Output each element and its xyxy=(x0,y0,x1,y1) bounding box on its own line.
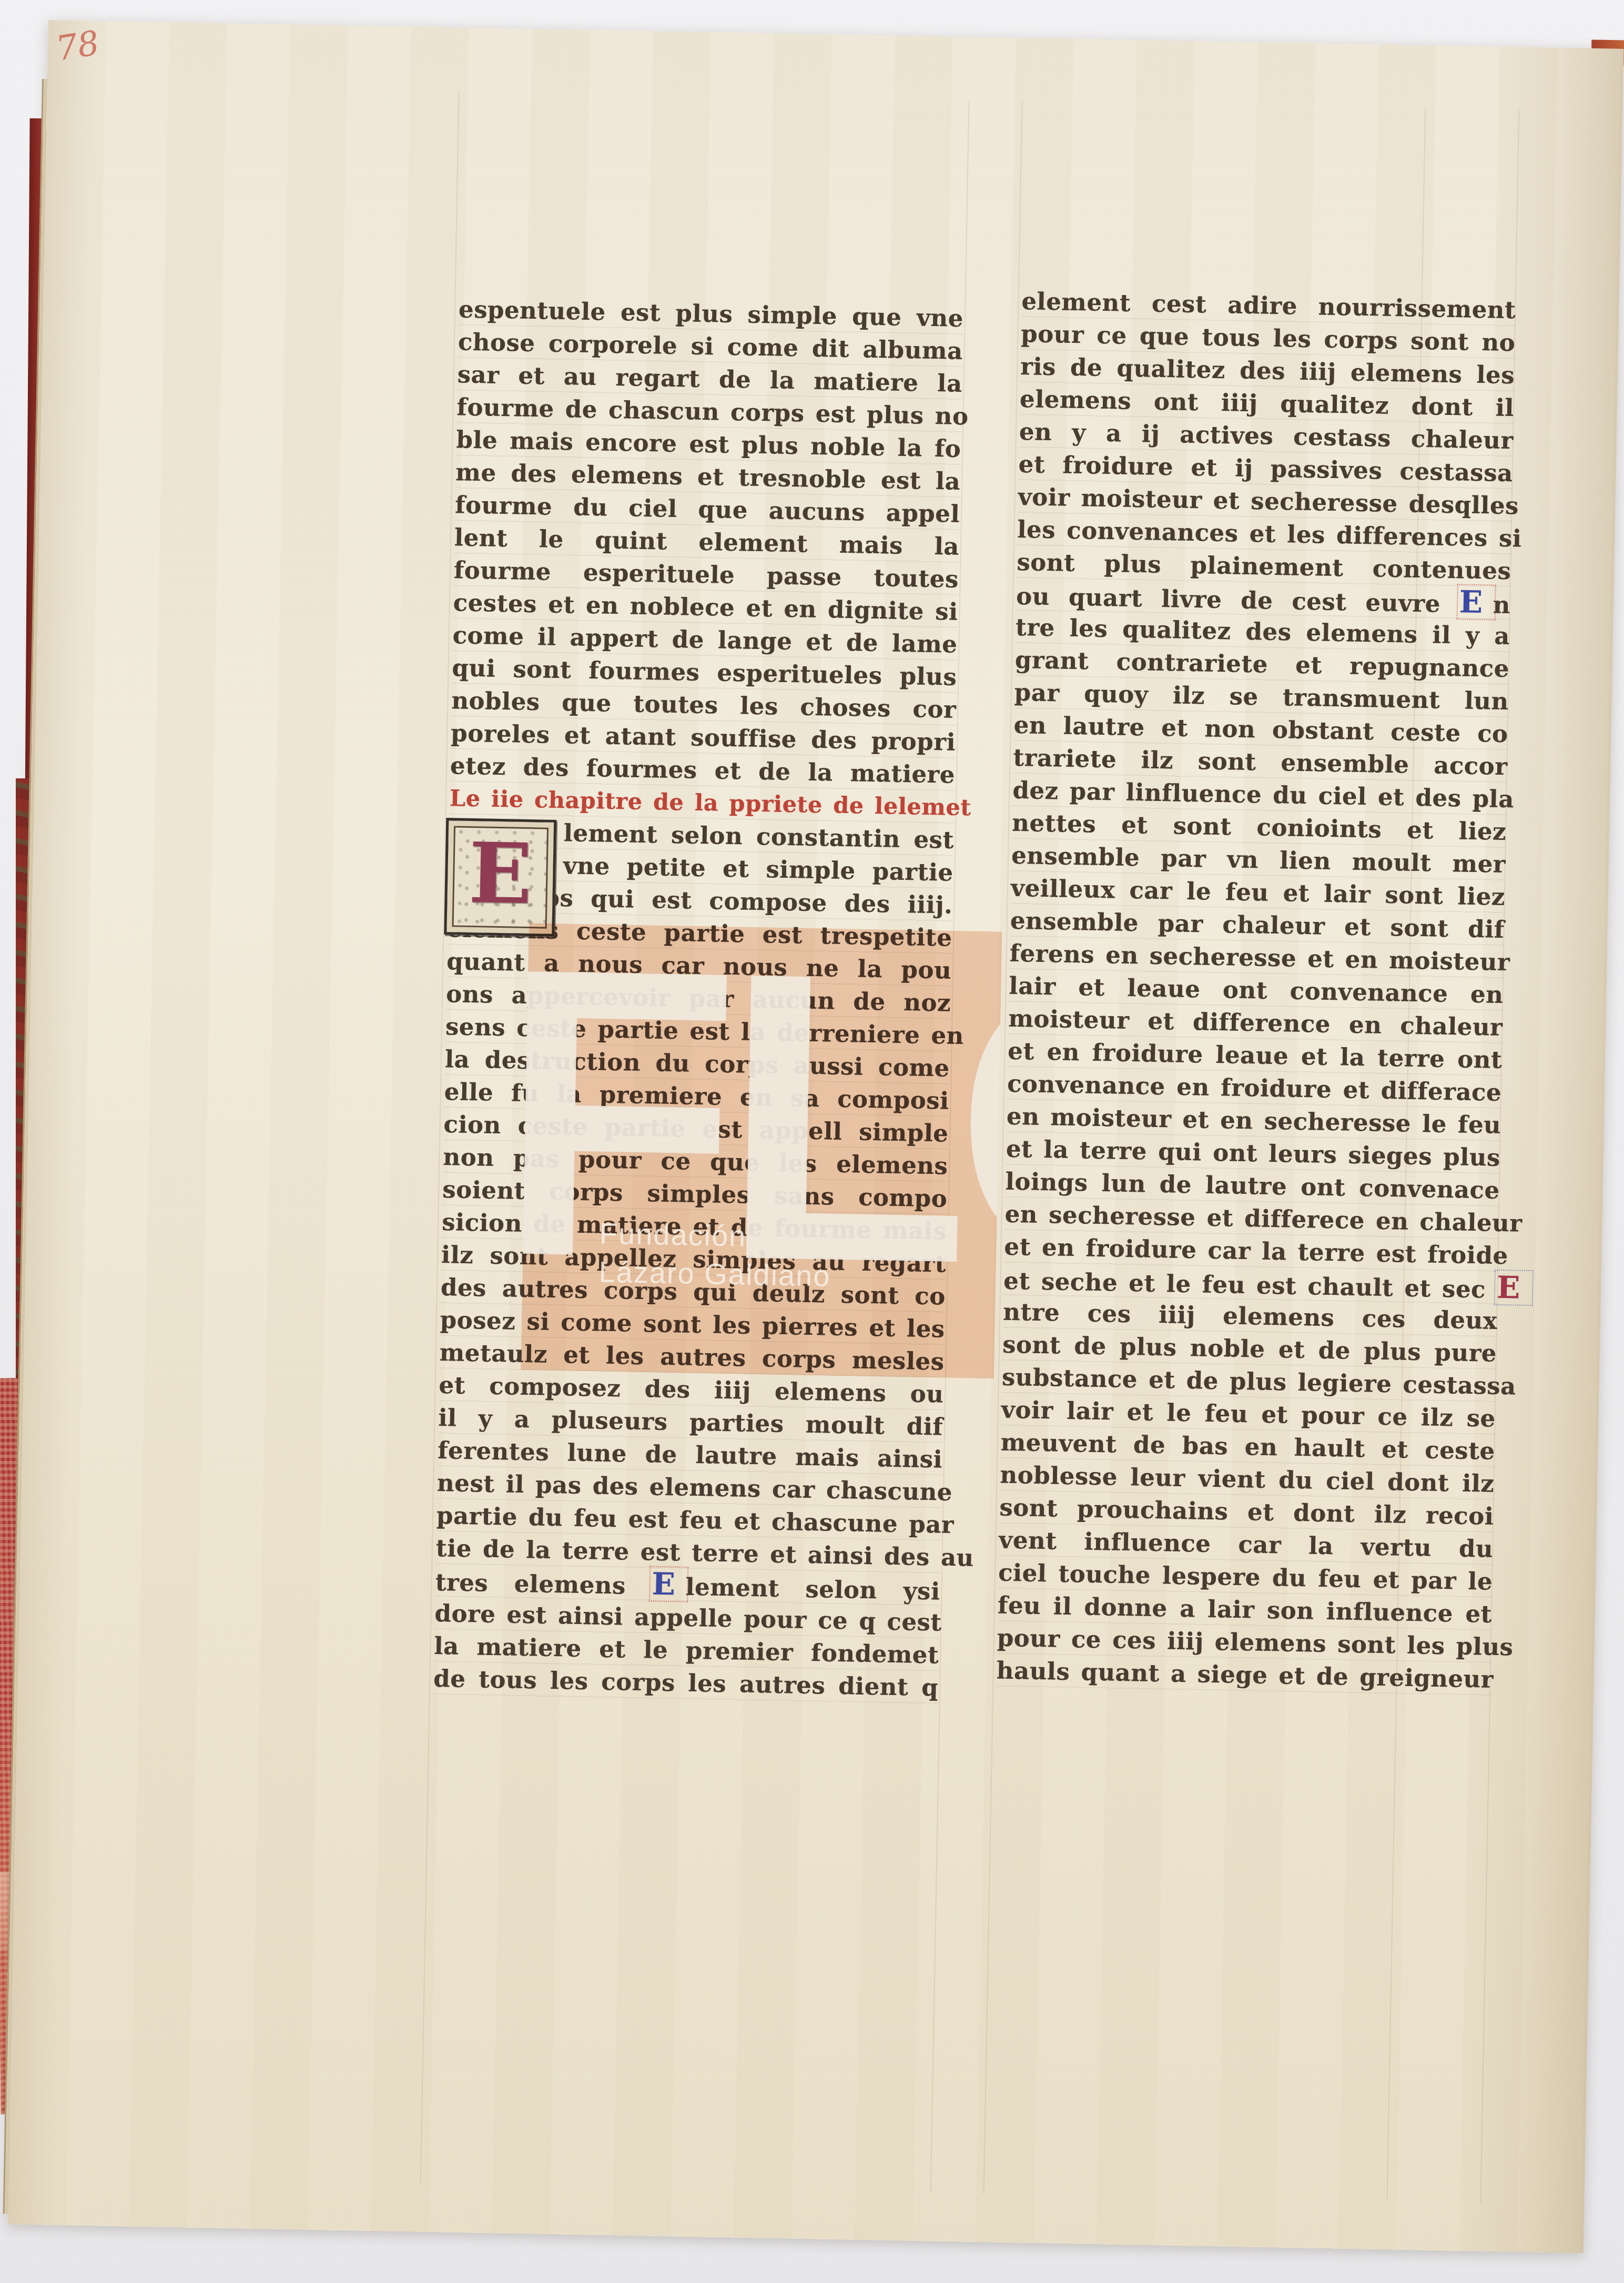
penwork-initial-blue: E xyxy=(1459,586,1493,617)
penwork-initial-red: E xyxy=(1497,1272,1531,1303)
text-column-right: element cest adire nourrissementpour ce … xyxy=(996,285,1516,1696)
folio-number-red-ink: 78 xyxy=(54,24,102,69)
watermark-text-line1: Fundación xyxy=(599,1216,747,1253)
watermark-monogram: FLG xyxy=(521,923,1002,1378)
watermark-overlay: FLG Fundación Lázaro Galdiano xyxy=(521,923,1002,1378)
illuminated-initial-E: E xyxy=(444,818,556,937)
manuscript-page: 78 E espentuele est plus simple que vnec… xyxy=(8,20,1623,2253)
watermark-text-line2: Lázaro Galdiano xyxy=(598,1255,831,1293)
penwork-initial-blue: E xyxy=(652,1569,686,1600)
photo-background: 78 E espentuele est plus simple que vnec… xyxy=(0,0,1624,2283)
